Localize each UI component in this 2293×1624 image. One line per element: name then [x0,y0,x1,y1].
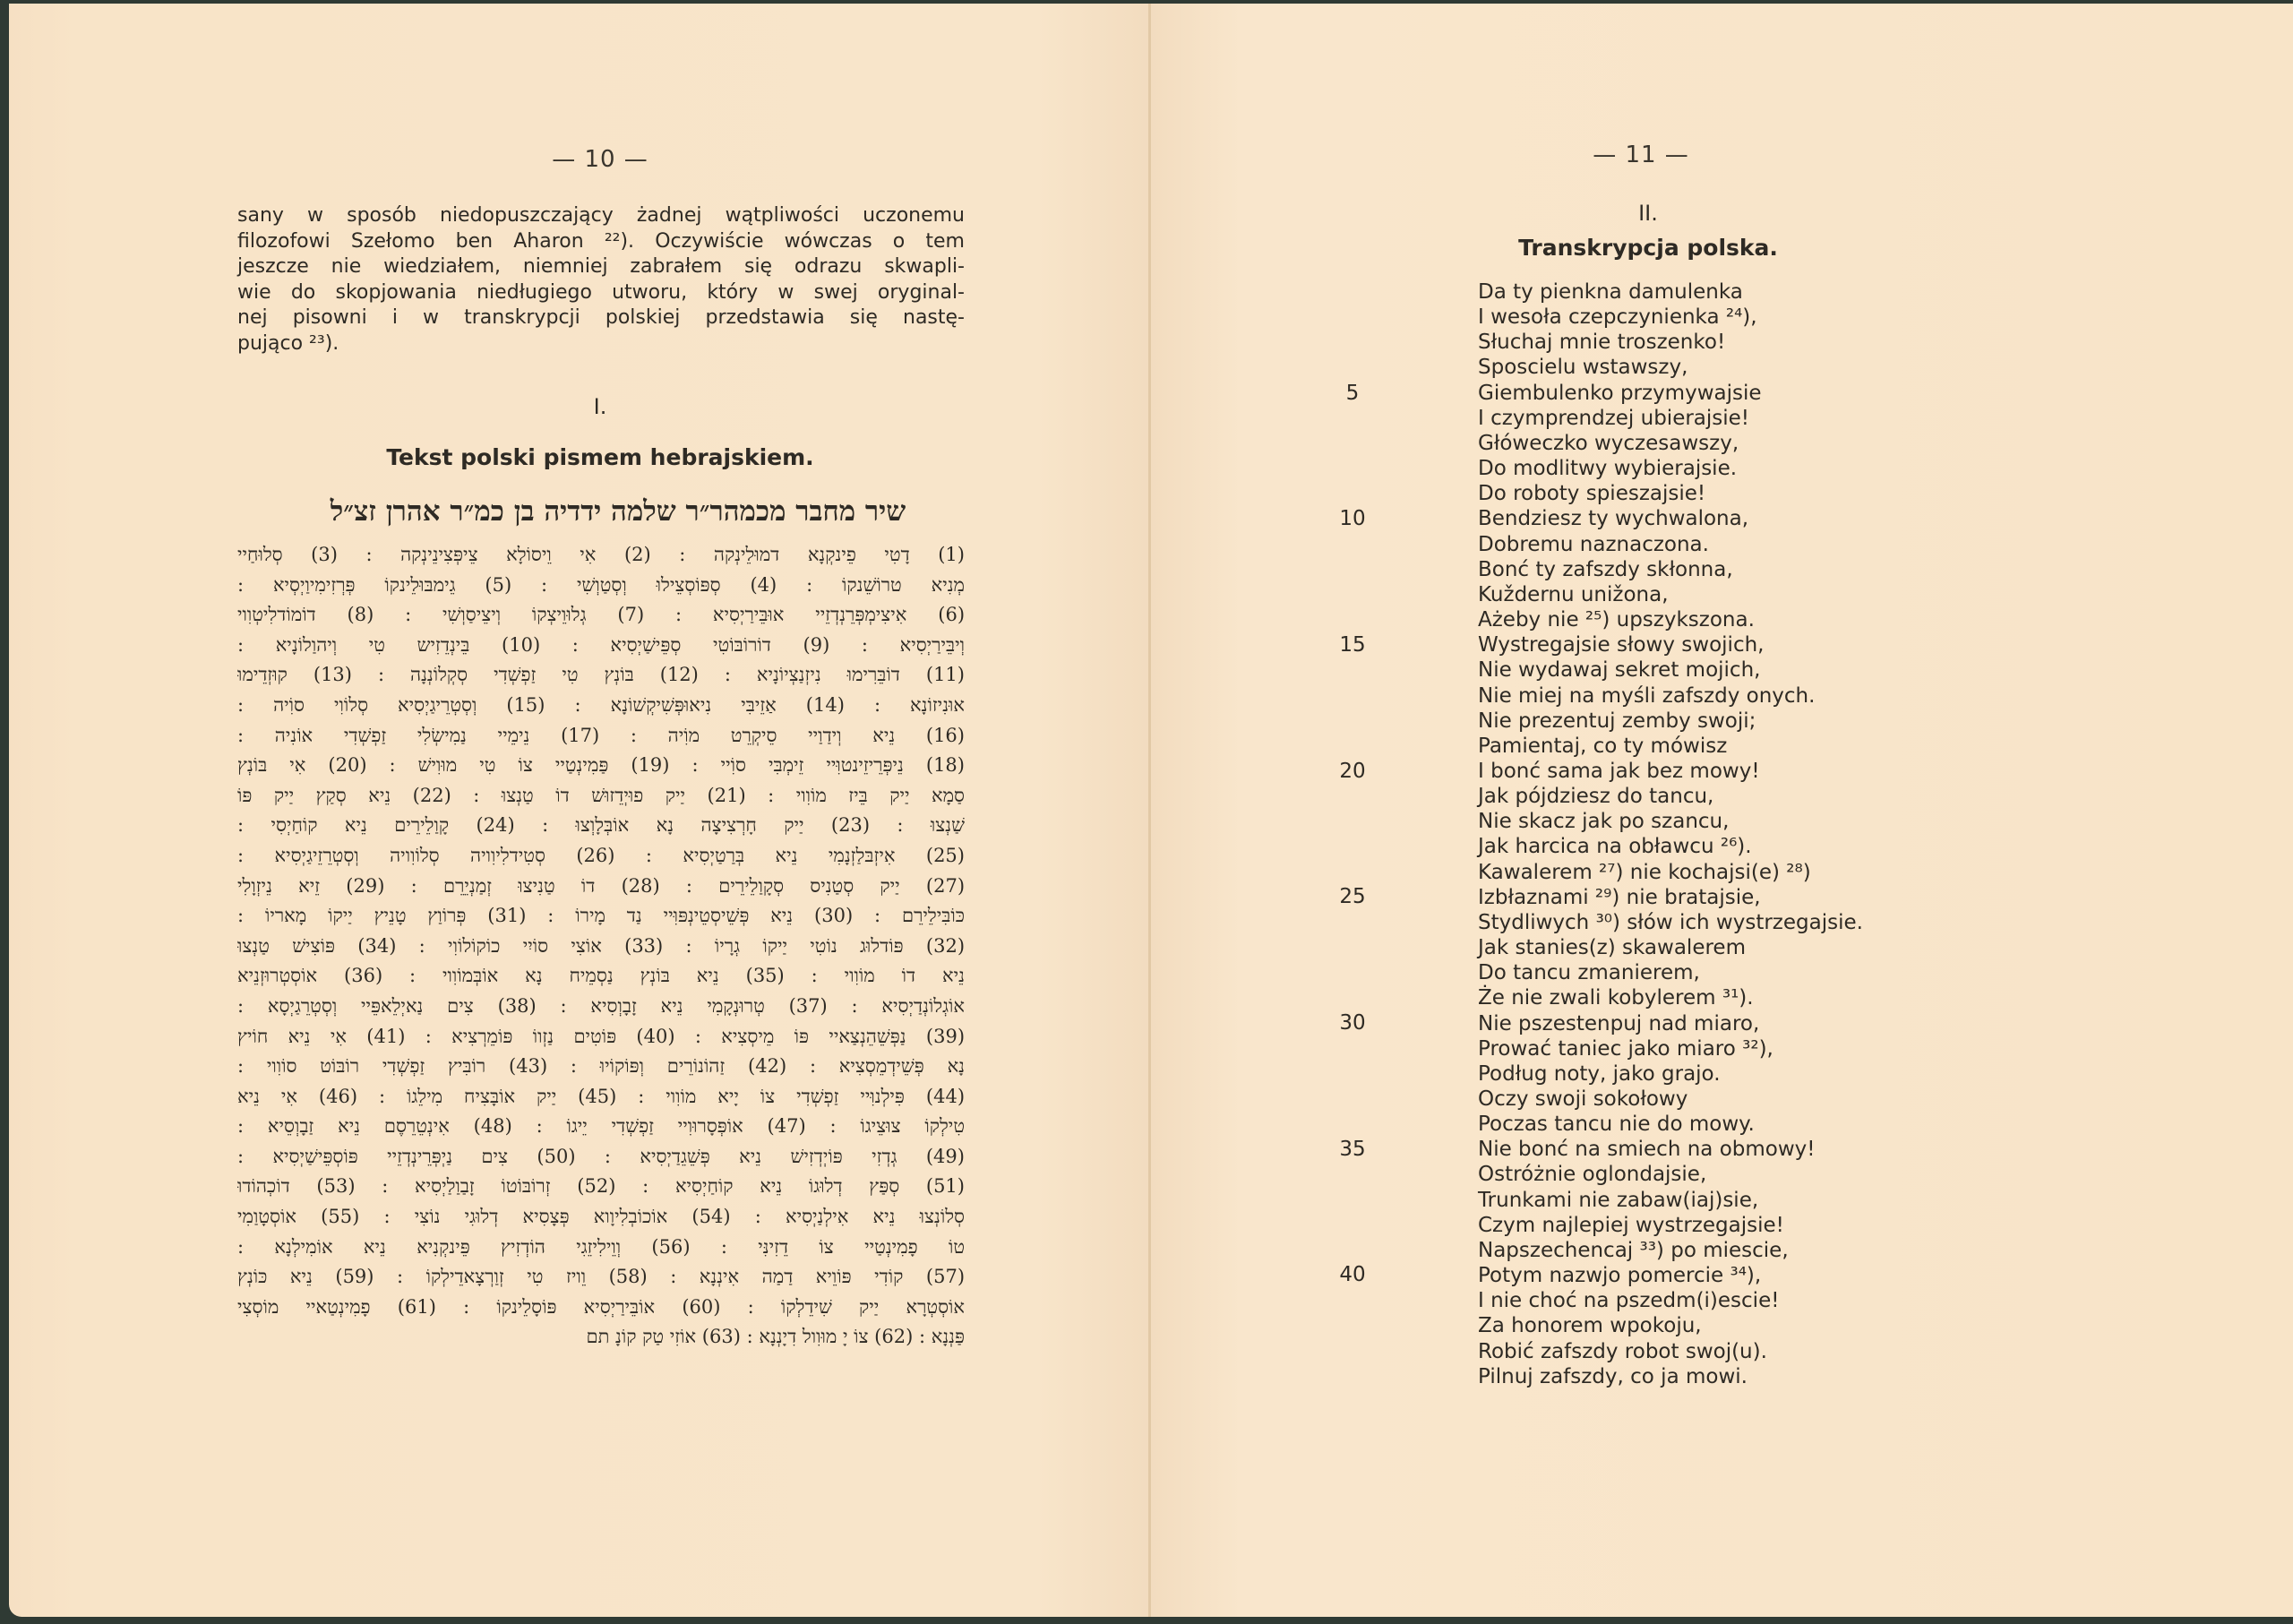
hebrew-line: וְיבֵּירַיְסִיא : (9) דוֹרוֹבּוֹטִי סְפֵ… [237,631,965,661]
hebrew-line: (16) נֵיא וְידַוַיי סֵיקְרֵט מוִֹיה : (1… [237,721,965,752]
hebrew-line: (6) אִיצִימְפְּרֵנְדְזֵיי אוּבֵּירַיְסִי… [237,600,965,631]
line-number [1326,910,1379,935]
hebrew-line: (18) נֵיפְּרֵיזֵינטוִּיי זֵימְבִּי סוִֹי… [237,751,965,781]
poem-line: Poczas tancu nie do mowy. [1478,1112,1863,1137]
line-number: 10 [1326,506,1379,531]
hebrew-line: (39) נַפְּשֵׁהֵנְצַאיי פּוֹ מֵיסְצִיא : … [237,1022,965,1053]
poem-line: Że nie zwali kobylerem ³¹). [1478,985,1863,1010]
poem-line: Nie wydawaj sekret mojich, [1478,657,1863,683]
line-number [1326,1187,1379,1212]
line-number [1326,834,1379,859]
hebrew-line: פַּנְנָא : (62) צוֹ יָ מוּוִול דִיָנְנָא… [237,1322,965,1353]
line-number [1326,734,1379,759]
page-number-right: — 11 — [1551,142,1730,168]
section-number-i: I. [520,394,681,419]
intro-paragraph: sany w sposób niedopuszczający żadnej wą… [237,203,965,357]
section-heading-hebrew-script: Tekst polski pismem hebrajskiem. [269,444,932,470]
line-number [1326,1087,1379,1112]
hebrew-line: נָא פְּשֵׁידְמֵסְצִיא : (42) זַהוֹנוֹרֵי… [237,1052,965,1082]
poem-line: Napszechencaj ³³) po miescie, [1478,1238,1863,1263]
line-number [1326,607,1379,632]
poem-line: Ażeby nie ²⁵) upszykszona. [1478,607,1863,632]
line-number [1326,985,1379,1010]
line-number [1326,935,1379,960]
line-number [1326,1061,1379,1086]
line-number [1326,1338,1379,1363]
poem-line: Nie pszestenpuj nad miaro, [1478,1011,1863,1036]
hebrew-line: אוֹגְלוֹנְדַיְסִיא : (37) טְרוּנְקָמִי נ… [237,992,965,1022]
hebrew-line: (49) גְדְזִי פּוֹיְדְזִישׁ נֵיא פְּשֵׁגֵ… [237,1142,965,1173]
poem-line: Pamientaj, co ty mówisz [1478,734,1863,759]
poem-line: Nie prezentuj zemby swoji; [1478,709,1863,734]
line-number: 35 [1326,1137,1379,1162]
line-number [1326,305,1379,330]
paragraph-line: sany w sposób niedopuszczający żadnej wą… [237,203,965,229]
hebrew-line: (57) קוֹדִי פּוֹוֵיא דַמַה אִינְנָא : (5… [237,1262,965,1293]
line-number [1326,809,1379,834]
poem-line: Izbłaznami ²⁹) nie bratajsie, [1478,885,1863,910]
paragraph-line: filozofowi Szełomo ben Aharon ²²). Oczyw… [237,229,965,255]
poem-line: Trunkami nie zabaw(iaj)sie, [1478,1188,1863,1213]
poem-line: I nie choć na pszedm(i)escie! [1478,1288,1863,1313]
line-number: 20 [1326,759,1379,784]
line-number [1326,481,1379,506]
line-number: 30 [1326,1010,1379,1035]
line-number [1326,784,1379,809]
poem-line: Słuchaj mnie troszenko! [1478,330,1863,355]
poem-line: Prować taniec jako miaro ³²), [1478,1036,1863,1061]
poem-line: Bendziesz ty wychwalona, [1478,506,1863,531]
poem-line: Jak stanies(z) skawalerem [1478,935,1863,960]
paragraph-line: nej pisowni i w transkrypcji polskiej pr… [237,305,965,331]
hebrew-line: נֵיא דוֹ מוֹוִוי : (35) נֵיא בּוֹנְץ נַס… [237,961,965,992]
line-number [1326,279,1379,305]
hebrew-line: סְלוֹנְצוּ נֵיא אִילְנַיְסִיא : (54) אוֹ… [237,1202,965,1233]
poem-line: Do tancu zmanierem, [1478,960,1863,985]
line-number [1326,582,1379,607]
poem-line: Sposcielu wstawszy, [1478,355,1863,380]
poem-line: Robić zafszdy robot swoj(u). [1478,1339,1863,1364]
page-number-left: — 10 — [502,146,699,173]
poem-line: I wesoła czepczynienka ²⁴), [1478,305,1863,330]
section-number-ii: II. [1612,201,1684,226]
line-number [1326,406,1379,431]
poem-line: Czym najlepiej wystrzegajsie! [1478,1213,1863,1238]
line-number [1326,1313,1379,1338]
section-heading-transcription: Transkrypcja polska. [1451,235,1845,261]
line-number [1326,431,1379,456]
line-number [1326,1212,1379,1237]
line-number [1326,330,1379,355]
poem-line: Podług noty, jako grajo. [1478,1061,1863,1087]
poem-line: Oczy swoji sokołowy [1478,1087,1863,1112]
poem-line: Do modlitwy wybierajsie. [1478,456,1863,481]
hebrew-line: אוֹסְטְרָא יַיק שִׁידֵלְקוֹ : (60) אוֹבֵ… [237,1293,965,1323]
hebrew-line: אוּנִיזוֹנָא : (14) אַזֵיבִּי נִיאוּפְּש… [237,691,965,721]
poem-line: Nie miej na myśli zafszdy onych. [1478,683,1863,709]
poem-line: Da ty pienkna damulenka [1478,279,1863,305]
hebrew-line: (27) יַיק סְטַנִיס סְקָוַלֵירֵים : (28) … [237,872,965,902]
paragraph-line: jeszcze nie wiedziałem, niemniej zabrałe… [237,254,965,280]
hebrew-line: סַמָא יַיק בֵּיז מוֹוִוי : (21) יַיק פוּ… [237,781,965,812]
poem-line: Potym nazwjo pomercie ³⁴), [1478,1263,1863,1288]
line-number: 5 [1326,381,1379,406]
line-number [1326,1112,1379,1137]
line-number [1326,1035,1379,1061]
poem-line: Kuždernu unižona, [1478,582,1863,607]
line-number: 40 [1326,1262,1379,1287]
line-number [1326,557,1379,582]
poem-line: Wystregajsie słowy swojich, [1478,632,1863,657]
poem-line: Stydliwych ³⁰) słów ich wystrzegajsie. [1478,910,1863,935]
verse-line-numbers: 5 10 15 20 25 30 35 40 [1326,279,1379,1388]
hebrew-line: מְנִיא טרוֹשֵׁנקוֹ : (4) סְפּוֹסְצֵילוּ … [237,571,965,601]
book-gutter [1148,4,1151,1617]
hebrew-line: (44) פִּילְנוִּיי זַפְשְׁדִי צוֹ יָיא מו… [237,1082,965,1113]
hebrew-line: (32) פּוֹדלוּג נוֹטִי יַיקוֹ גְרָיוֹ : (… [237,932,965,962]
poem-line: Nie bonć na smiech na obmowy! [1478,1137,1863,1162]
poem-line: Nie skacz jak po szancu, [1478,809,1863,834]
line-number [1326,1363,1379,1388]
line-number: 15 [1326,632,1379,657]
poem-line: Kawalerem ²⁷) nie kochajsi(e) ²⁸) [1478,860,1863,885]
line-number [1326,683,1379,708]
poem-line: Za honorem wpokoju, [1478,1313,1863,1338]
line-number [1326,657,1379,683]
line-number [1326,1162,1379,1187]
hebrew-line: (51) סְפַּץ דְלוּגוֹ נֵיא קוֹחַיְסִיא : … [237,1172,965,1202]
hebrew-line: (1) דָטִי פֵינקְנָא דמוּלֵינְקה : (2) אִ… [237,540,965,571]
line-number [1326,456,1379,481]
poem-line: Główeczko wyczesawszy, [1478,431,1863,456]
poem-transcription: Da ty pienkna damulenka I wesoła czepczy… [1478,279,1863,1389]
hebrew-text-block: (1) דָטִי פֵינקְנָא דמוּלֵינְקה : (2) אִ… [237,540,965,1353]
paragraph-line: wie do skopjowania niedługiego utworu, k… [237,280,965,306]
line-number [1326,531,1379,556]
hebrew-line: שַׁנְצוּ : (23) יַיק חָרְצִיצָה נָא אוֹב… [237,811,965,841]
line-number [1326,859,1379,884]
hebrew-line: כּוֹבִּילֵירֵם : (30) נֵיא פְּשֵׁיסְטֵינ… [237,901,965,932]
line-number [1326,960,1379,985]
hebrew-line: טִילְקוֹ צוּצֵיגוֹ : (47) אוֹפְּסָרוּוִי… [237,1112,965,1142]
line-number: 25 [1326,884,1379,909]
hebrew-line: (25) אִיזְבּלַזְנָמִי נֵיא בְּרַטַיְסִיא… [237,841,965,872]
poem-line: Jak pójdziesz do tancu, [1478,784,1863,809]
poem-line: I bonć sama jak bez mowy! [1478,759,1863,784]
poem-line: Bonć ty zafszdy skłonna, [1478,557,1863,582]
poem-line: Ostróżnie oglondajsie, [1478,1162,1863,1187]
line-number [1326,708,1379,733]
hebrew-line: טוֹ פָמִינְטַיי צוֹ דֵזִינִּי : (56) וְו… [237,1233,965,1263]
line-number [1326,1237,1379,1262]
hebrew-line: (11) דוֹבֵּרִימוּ נִיזְנַצְיוֹנָיא : (12… [237,660,965,691]
poem-line: Jak harcica na obławcu ²⁶). [1478,834,1863,859]
line-number [1326,355,1379,380]
poem-line: Pilnuj zafszdy, co ja mowi. [1478,1364,1863,1389]
line-number [1326,1288,1379,1313]
poem-line: I czymprendzej ubierajsie! [1478,406,1863,431]
poem-line: Giembulenko przymywajsie [1478,381,1863,406]
hebrew-title: שיר מחבר מכמהר״ר שלמה ידדיה בן כמ״ר אהרן… [269,495,967,528]
poem-line: Dobremu naznaczona. [1478,532,1863,557]
poem-line: Do roboty spieszajsie! [1478,481,1863,506]
paragraph-line: pująco ²³). [237,331,965,357]
